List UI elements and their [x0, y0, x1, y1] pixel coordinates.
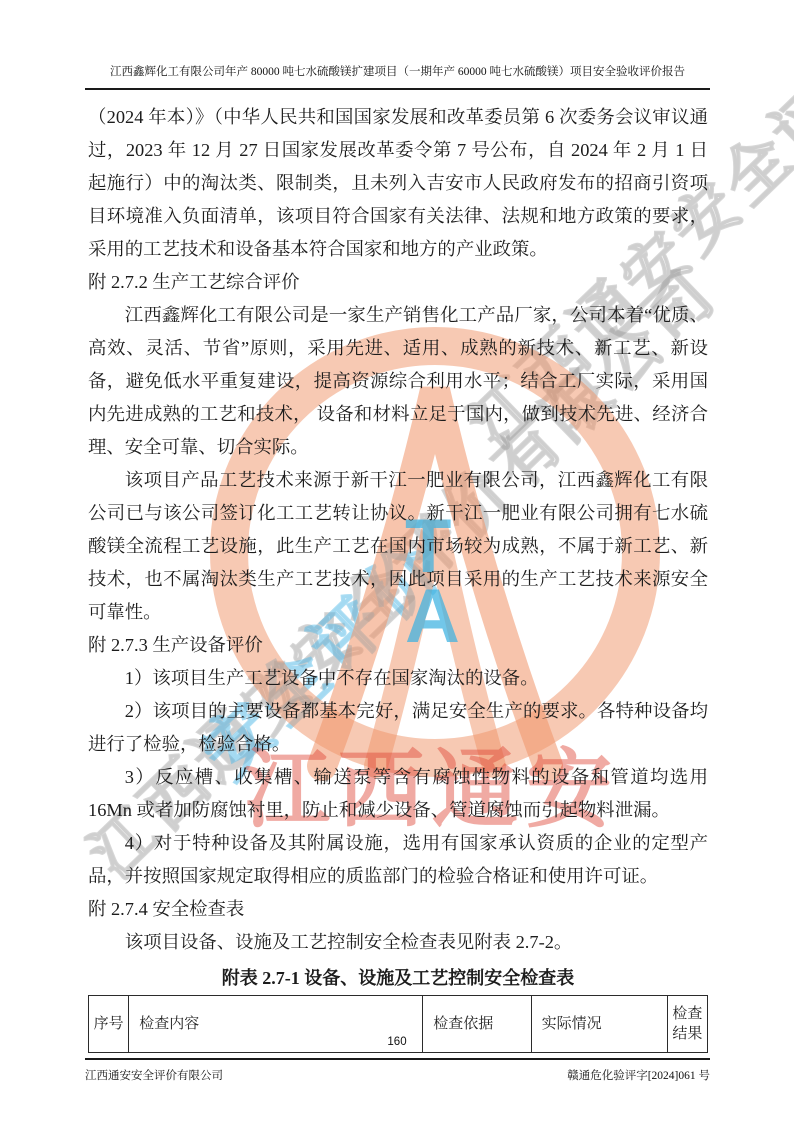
list-item: 4）对于特种设备及其附属设施，选用有国家承认资质的企业的定型产品，并按照国家规定…: [88, 827, 708, 893]
page-number: 160: [0, 1036, 794, 1048]
section-heading: 附 2.7.4 安全检查表: [88, 893, 708, 926]
page-footer: 江西通安安全评价有限公司 赣通危化验评字[2024]061 号: [85, 1058, 710, 1083]
section-heading: 附 2.7.2 生产工艺综合评价: [88, 266, 708, 299]
body-paragraph: （2024 年本）》（中华人民共和国国家发展和改革委员第 6 次委务会议审议通过…: [88, 101, 708, 266]
list-item: 3）反应槽、收集槽、输送泵等含有腐蚀性物料的设备和管道均选用 16Mn 或者加防…: [88, 761, 708, 827]
page-header: 江西鑫辉化工有限公司年产 80000 吨七水硫酸镁扩建项目（一期年产 60000…: [85, 64, 710, 90]
body-paragraph: 该项目产品工艺技术来源于新干江一肥业有限公司，江西鑫辉化工有限公司已与该公司签订…: [88, 464, 708, 629]
section-heading: 附 2.7.3 生产设备评价: [88, 629, 708, 662]
table-caption: 附表 2.7-1 设备、设施及工艺控制安全检查表: [88, 966, 708, 990]
body-paragraph: 江西鑫辉化工有限公司是一家生产销售化工产品厂家，公司本着“优质、高效、灵活、节省…: [88, 299, 708, 464]
footer-company: 江西通安安全评价有限公司: [85, 1067, 223, 1083]
page-header-title: 江西鑫辉化工有限公司年产 80000 吨七水硫酸镁扩建项目（一期年产 60000…: [110, 66, 685, 78]
body-paragraph: 该项目设备、设施及工艺控制安全检查表见附表 2.7-2。: [88, 926, 708, 959]
document-body: （2024 年本）》（中华人民共和国国家发展和改革委员第 6 次委务会议审议通过…: [88, 101, 708, 1053]
list-item: 1）该项目生产工艺设备中不存在国家淘汰的设备。: [88, 662, 708, 695]
list-item: 2）该项目的主要设备都基本完好，满足安全生产的要求。各特种设备均进行了检验，检验…: [88, 695, 708, 761]
report-page: 江西通安安全评价有限公司 江西通安安全评价有限公司 安全评价 TA 江西通安 江…: [0, 0, 794, 1123]
footer-doc-number: 赣通危化验评字[2024]061 号: [567, 1067, 710, 1083]
